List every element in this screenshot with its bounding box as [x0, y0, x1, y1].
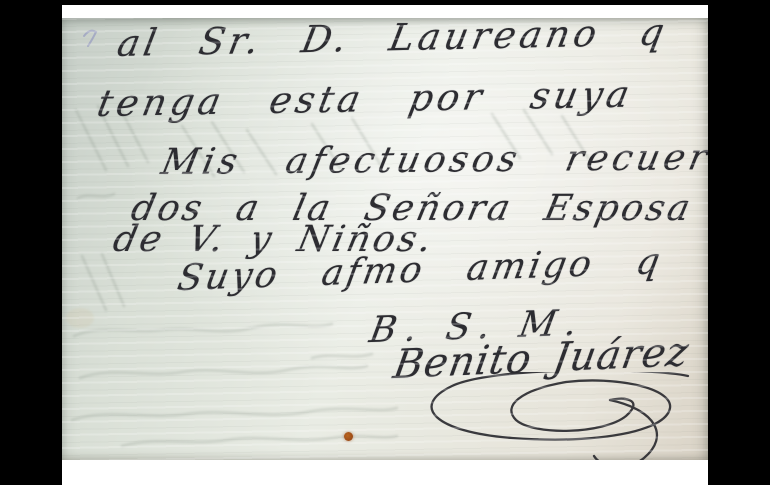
- red-stain-dot: [344, 432, 353, 441]
- signature-rubric-flourish: [418, 372, 704, 460]
- black-bar-left: [0, 0, 62, 485]
- black-bar-right: [708, 0, 770, 485]
- manuscript-photograph: al Sr. D. Laureano q tenga esta por suya…: [0, 0, 770, 485]
- letter-paper-photo: al Sr. D. Laureano q tenga esta por suya…: [62, 18, 708, 460]
- letter-line-3: Mis afectuosos recuer: [158, 137, 708, 183]
- blue-ink-mark: [78, 26, 108, 56]
